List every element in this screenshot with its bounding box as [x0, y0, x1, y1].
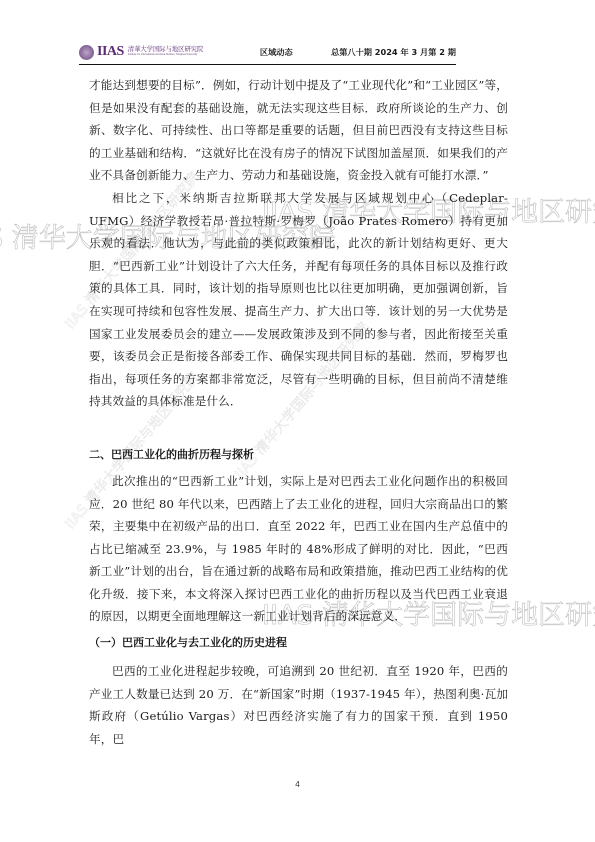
university-seal-icon	[79, 45, 94, 60]
logo-mark: IIAS	[97, 44, 124, 60]
section-heading: 二、巴西工业化的曲折历程与探析	[89, 446, 508, 462]
paragraph: 巴西的工业化进程起步较晚，可追溯到 20 世纪初．直至 1920 年，巴西的产业…	[89, 660, 508, 750]
logo-english-name: Institute for International and Area Stu…	[128, 54, 204, 57]
logo-text: 清華大学国际与地区研究院 Institute for International…	[128, 47, 204, 57]
page-body: 才能达到想要的目标”．例如，行动计划中提及了“工业现代化”和“工业园区”等，但是…	[89, 74, 508, 750]
page-header: IIAS 清華大学国际与地区研究院 Institute for Internat…	[79, 40, 456, 65]
paragraph: 此次推出的“巴西新工业”计划，实际上是对巴西去工业化问题作出的积极回应．20 世…	[89, 470, 508, 628]
page-number: 4	[0, 780, 595, 789]
section-title: 区域动态	[260, 47, 313, 58]
issue-info: 总第八十期 2024 年 3 月第 2 期	[331, 47, 456, 58]
institute-logo: IIAS 清華大学国际与地区研究院 Institute for Internat…	[79, 44, 212, 60]
paragraph: 才能达到想要的目标”．例如，行动计划中提及了“工业现代化”和“工业园区”等，但是…	[89, 74, 508, 187]
subsection-heading: （一）巴西工业化与去工业化的历史进程	[89, 634, 508, 650]
paragraph: 相比之下，米纳斯吉拉斯联邦大学发展与区域规划中心（Cedeplar-UFMG）经…	[89, 187, 508, 413]
